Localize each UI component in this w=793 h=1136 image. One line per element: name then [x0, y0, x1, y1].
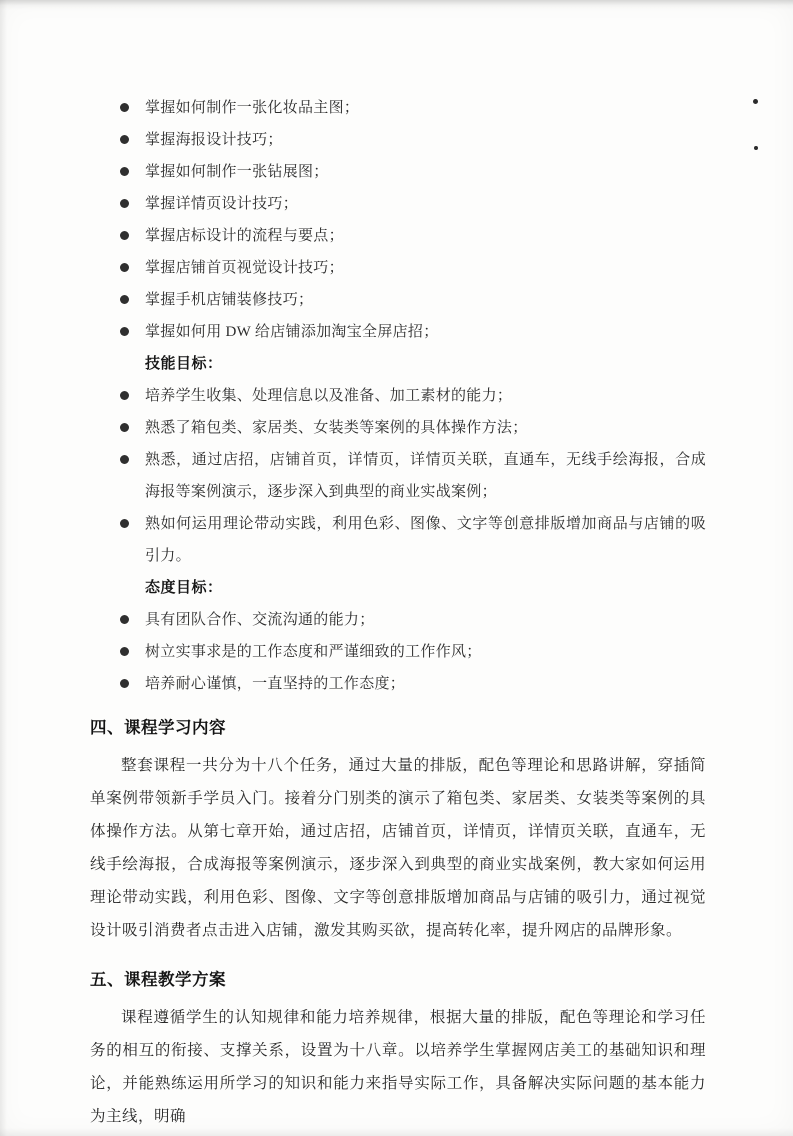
- bullet-icon: [120, 647, 129, 656]
- section-4-heading: 四、课程学习内容: [90, 713, 706, 743]
- bullet-icon: [120, 135, 129, 144]
- scan-speck-icon: [754, 146, 758, 150]
- list-item: 掌握手机店铺装修技巧；: [90, 284, 706, 316]
- section-5-paragraph: 课程遵循学生的认知规律和能力培养规律，根据大量的排版，配色等理论和学习任务的相互…: [90, 1001, 706, 1133]
- list-item-text: 培养学生收集、处理信息以及准备、加工素材的能力；: [145, 380, 706, 412]
- list-item-text: 掌握如何制作一张钻展图；: [145, 156, 706, 188]
- list-item: 具有团队合作、交流沟通的能力；: [90, 604, 706, 636]
- bullet-icon: [120, 263, 129, 272]
- list-item-text: 具有团队合作、交流沟通的能力；: [145, 604, 706, 636]
- list-item: 掌握详情页设计技巧；: [90, 188, 706, 220]
- scan-speck-icon: [753, 99, 758, 104]
- list-item: 树立实事求是的工作态度和严谨细致的工作作风；: [90, 636, 706, 668]
- document-content: 掌握如何制作一张化妆品主图； 掌握海报设计技巧； 掌握如何制作一张钻展图； 掌握…: [90, 92, 706, 1133]
- bullet-icon: [120, 455, 129, 464]
- section-5-heading: 五、课程教学方案: [90, 965, 706, 995]
- list-item-text: 掌握海报设计技巧；: [145, 124, 706, 156]
- bullet-icon: [120, 679, 129, 688]
- list-item: 掌握如何制作一张钻展图；: [90, 156, 706, 188]
- list-item-text: 掌握店标设计的流程与要点；: [145, 220, 706, 252]
- bullet-icon: [120, 167, 129, 176]
- list-item-text: 培养耐心谨慎，一直坚持的工作态度；: [145, 668, 706, 700]
- bullet-icon: [120, 423, 129, 432]
- bullet-icon: [120, 295, 129, 304]
- list-item: 熟悉，通过店招，店铺首页，详情页，详情页关联，直通车，无线手绘海报，合成海报等案…: [90, 444, 706, 508]
- list-item: 掌握店铺首页视觉设计技巧；: [90, 252, 706, 284]
- list-item-text: 掌握如何制作一张化妆品主图；: [145, 92, 706, 124]
- bullet-icon: [120, 103, 129, 112]
- section-4-paragraph: 整套课程一共分为十八个任务，通过大量的排版，配色等理论和思路讲解，穿插简单案例带…: [90, 749, 706, 947]
- bullet-icon: [120, 391, 129, 400]
- list-item: 掌握如何用 DW 给店铺添加淘宝全屏店招；: [90, 316, 706, 348]
- list-item-text: 掌握店铺首页视觉设计技巧；: [145, 252, 706, 284]
- bullet-icon: [120, 519, 129, 528]
- scanned-document-page: 掌握如何制作一张化妆品主图； 掌握海报设计技巧； 掌握如何制作一张钻展图； 掌握…: [0, 0, 793, 1136]
- list-item-text: 掌握手机店铺装修技巧；: [145, 284, 706, 316]
- list-item-text: 熟悉了箱包类、家居类、女装类等案例的具体操作方法；: [145, 412, 706, 444]
- bullet-icon: [120, 231, 129, 240]
- list-item-text: 熟悉，通过店招，店铺首页，详情页，详情页关联，直通车，无线手绘海报，合成海报等案…: [145, 444, 706, 508]
- list-item: 培养学生收集、处理信息以及准备、加工素材的能力；: [90, 380, 706, 412]
- list-item: 掌握店标设计的流程与要点；: [90, 220, 706, 252]
- scan-edge-left: [0, 0, 7, 1136]
- scan-edge-top: [0, 0, 793, 10]
- list-item: 培养耐心谨慎，一直坚持的工作态度；: [90, 668, 706, 700]
- list-item-text: 掌握详情页设计技巧；: [145, 188, 706, 220]
- list-item: 熟悉了箱包类、家居类、女装类等案例的具体操作方法；: [90, 412, 706, 444]
- list-item: 掌握如何制作一张化妆品主图；: [90, 92, 706, 124]
- attitude-objectives-list: 具有团队合作、交流沟通的能力； 树立实事求是的工作态度和严谨细致的工作作风； 培…: [90, 604, 706, 700]
- bullet-icon: [120, 199, 129, 208]
- bullet-icon: [120, 327, 129, 336]
- attitude-objectives-heading: 态度目标：: [90, 572, 706, 604]
- bullet-icon: [120, 615, 129, 624]
- list-item: 熟如何运用理论带动实践，利用色彩、图像、文字等创意排版增加商品与店铺的吸引力。: [90, 508, 706, 572]
- list-item-text: 掌握如何用 DW 给店铺添加淘宝全屏店招；: [145, 316, 706, 348]
- knowledge-objectives-list: 掌握如何制作一张化妆品主图； 掌握海报设计技巧； 掌握如何制作一张钻展图； 掌握…: [90, 92, 706, 348]
- skill-objectives-heading: 技能目标：: [90, 348, 706, 380]
- list-item: 掌握海报设计技巧；: [90, 124, 706, 156]
- list-item-text: 树立实事求是的工作态度和严谨细致的工作作风；: [145, 636, 706, 668]
- skill-objectives-list: 培养学生收集、处理信息以及准备、加工素材的能力； 熟悉了箱包类、家居类、女装类等…: [90, 380, 706, 572]
- list-item-text: 熟如何运用理论带动实践，利用色彩、图像、文字等创意排版增加商品与店铺的吸引力。: [145, 508, 706, 572]
